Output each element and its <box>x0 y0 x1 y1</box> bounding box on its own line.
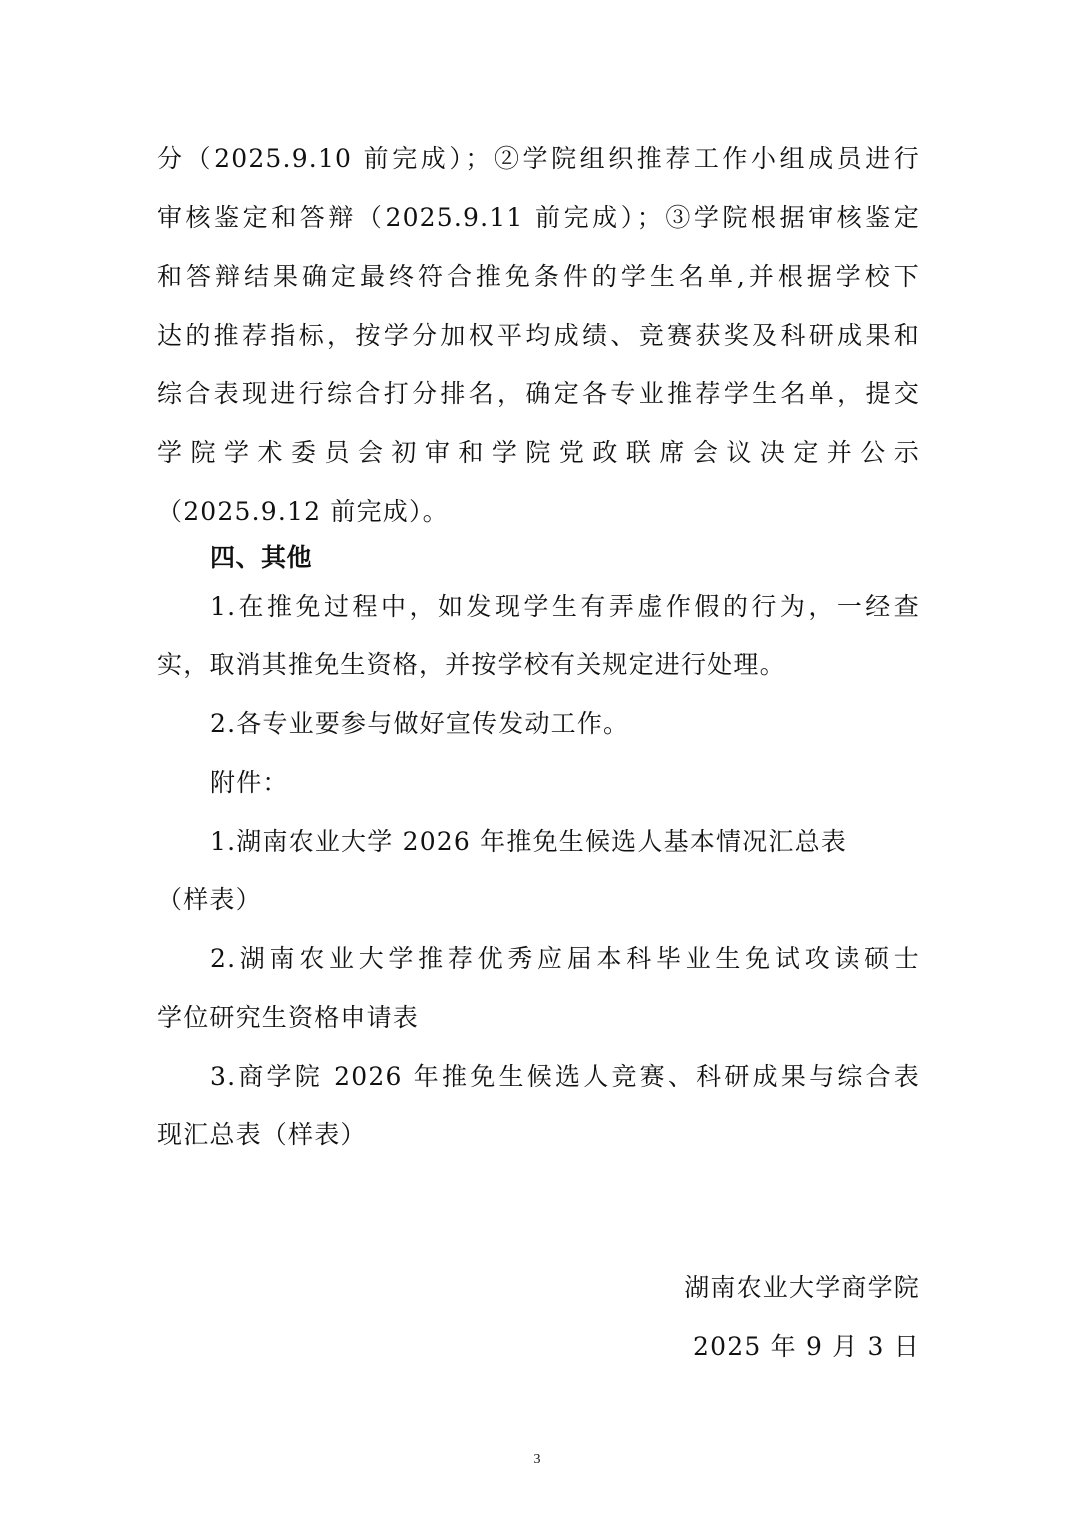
section-heading: 四、其他 <box>210 543 920 573</box>
attachment-1-line: 1.湖南农业大学 2026 年推免生候选人基本情况汇总表 <box>210 827 920 857</box>
item-2: 2.各专业要参与做好宣传发动工作。 <box>210 709 920 739</box>
signature-organization: 湖南农业大学商学院 <box>684 1273 920 1303</box>
body-line: 达的推荐指标，按学分加权平均成绩、竞赛获奖及科研成果和 <box>157 321 920 351</box>
body-line: 审核鉴定和答辩（2025.9.11 前完成）；③学院根据审核鉴定 <box>157 203 920 233</box>
attachment-1-line: （样表） <box>157 885 920 915</box>
attachment-3-line: 3.商学院 2026 年推免生候选人竞赛、科研成果与综合表 <box>210 1062 920 1092</box>
document-page: 分（2025.9.10 前完成）；②学院组织推荐工作小组成员进行 审核鉴定和答辩… <box>0 0 1074 1520</box>
signature-date: 2025 年 9 月 3 日 <box>693 1332 920 1362</box>
body-line: 和答辩结果确定最终符合推免条件的学生名单,并根据学校下 <box>157 262 920 292</box>
body-line: 学院学术委员会初审和学院党政联席会议决定并公示 <box>157 438 920 468</box>
attachment-2-line: 2.湖南农业大学推荐优秀应届本科毕业生免试攻读硕士 <box>210 944 920 974</box>
item-1-line: 实，取消其推免生资格，并按学校有关规定进行处理。 <box>157 650 920 680</box>
attachments-label: 附件： <box>210 768 920 798</box>
item-1-line: 1.在推免过程中，如发现学生有弄虚作假的行为，一经查 <box>210 592 920 622</box>
page-number: 3 <box>0 1452 1074 1468</box>
body-line: （2025.9.12 前完成）。 <box>157 497 920 527</box>
attachment-3-line: 现汇总表（样表） <box>157 1120 920 1150</box>
attachment-2-line: 学位研究生资格申请表 <box>157 1003 920 1033</box>
body-line: 综合表现进行综合打分排名，确定各专业推荐学生名单，提交 <box>157 379 920 409</box>
body-line: 分（2025.9.10 前完成）；②学院组织推荐工作小组成员进行 <box>157 144 920 174</box>
